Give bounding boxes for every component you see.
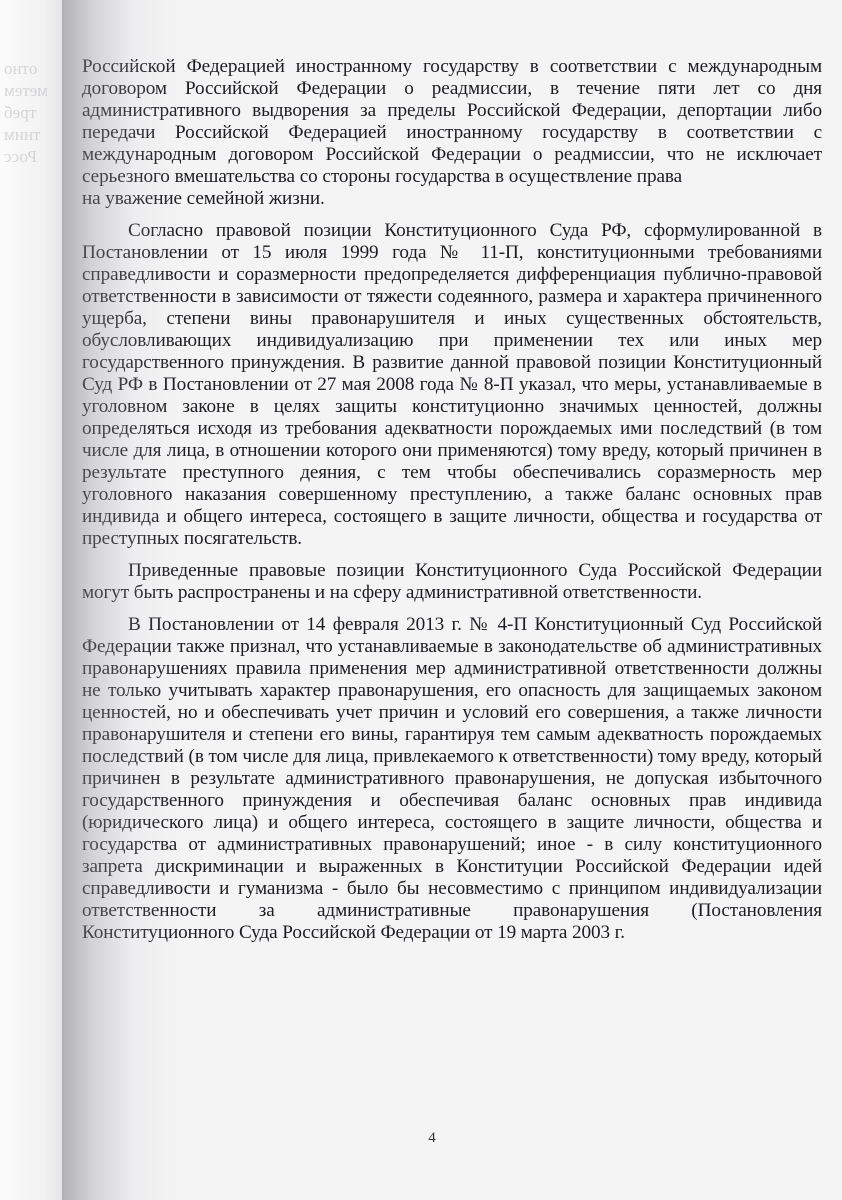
paragraph-4: В Постановлении от 14 февраля 2013 г. № … [82, 614, 822, 944]
page-number: 4 [62, 1130, 802, 1147]
previous-page-edge: отно метем треб тним Росс [0, 0, 62, 1200]
paragraph-1-text: Российской Федерацией иностранному госуд… [82, 56, 822, 187]
bleed-through-text: треб [4, 102, 36, 124]
bleed-through-text: Росс [4, 146, 37, 168]
document-body: Российской Федерацией иностранному госуд… [82, 56, 822, 954]
paragraph-3: Приведенные правовые позиции Конституцио… [82, 560, 822, 604]
bleed-through-text: отно [4, 58, 37, 80]
bleed-through-text: тним [4, 124, 40, 146]
paragraph-1-text-end: на уважение семейной жизни. [82, 188, 325, 209]
bleed-through-text: метем [4, 80, 48, 102]
paragraph-1: Российской Федерацией иностранному госуд… [82, 56, 822, 210]
document-page: Российской Федерацией иностранному госуд… [62, 0, 842, 1200]
paragraph-2: Согласно правовой позиции Конституционно… [82, 220, 822, 550]
